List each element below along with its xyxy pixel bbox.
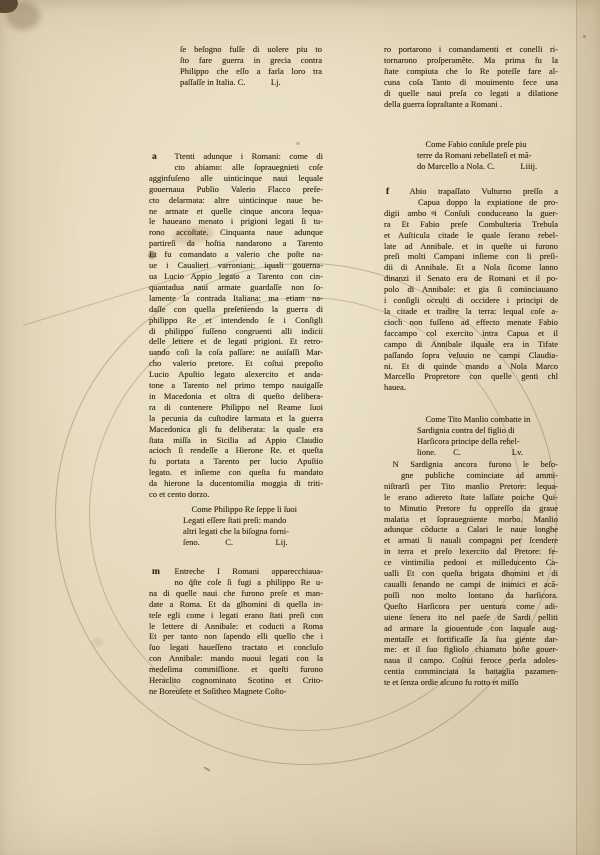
text-line: la citade et tradire la terra: lequal co… [384, 306, 558, 317]
text-line: ce vintimilia pedoni et milleducento Ca- [384, 557, 558, 568]
text-line: late ad Annibale. et in queſte ui furono [384, 241, 558, 252]
chapter-heading-tito-manlio: Come Tito Manlio combatte inSardignia co… [417, 414, 557, 458]
text-line: naua il campo. Coſtui feroce perla adole… [384, 655, 558, 666]
text-line: teſe egli come i legati erano ſtati preſ… [149, 610, 323, 621]
text-line: philippo Re et intendendo ſe i Conſigli [149, 315, 323, 326]
rubricator-guide-letter-m: m [152, 567, 160, 578]
right-paragraph-sardignia: N Sardignia ancora furono le beſo- gne p… [384, 459, 558, 688]
corner-smudge [6, 2, 40, 30]
text-line: adunque cõducte a Calari le naue longhe [384, 524, 558, 535]
page-right-edge [576, 0, 600, 855]
text-line: lamente la contrada Italiana: ma etiam n… [149, 293, 323, 304]
text-line: lione. C. Lv. [417, 447, 557, 458]
text-line: dii di Annibale. Et a Nola ſicome lanno [384, 262, 558, 273]
text-line: della guerra ſopraſtante a Romani . [384, 99, 558, 110]
text-line: da hierone la ducentomilia moggia di tri… [149, 478, 323, 489]
text-line: acioch ſi rendeſſe a Hierone Re. et queſ… [149, 445, 323, 456]
guide-letter-wrap: f [384, 186, 558, 198]
text-line: Come Philippo Re ſeppe li ſuoi [183, 504, 321, 515]
text-line: le haueano menato i prigioni legati ſi t… [149, 216, 323, 227]
guide-letter-wrap: m [149, 566, 323, 578]
foxing-speck [203, 766, 211, 772]
text-line: delle lettere et de legati prigioni. Et … [149, 336, 323, 347]
text-line: et armati li nauali compagni per ſcender… [384, 535, 558, 546]
text-line: to Minutio Pretore fu oppreſſo da graue [384, 503, 558, 514]
text-line: preſi molti Campani inſieme con li preſi… [384, 251, 558, 262]
text-line: ne Boreuſete et Soſitheo Magnete Coſto- [149, 686, 323, 697]
text-line: ſe beſogno fuſſe di uolere piu to [180, 44, 322, 55]
text-line: Legati eſſere ſtati preſi: mando [183, 515, 321, 526]
text-line: hauea. [384, 382, 558, 393]
text-line: caualli ſenando ne campi de inimici et a… [384, 579, 558, 590]
text-line: ualli Et con queſta brigata dhomini et d… [384, 568, 558, 579]
chapter-heading-fabio: Come Fabio conſule preſe piuterre da Rom… [417, 139, 557, 172]
text-line: Heraclito cognominato Scotino et Crito- [149, 675, 323, 686]
text-line: Come Tito Manlio combatte in [417, 414, 557, 425]
text-line: date a Roma. Et da glhomini di quella in… [149, 599, 323, 610]
text-line: Sardignia contra del figlio di [417, 425, 557, 436]
text-line: di philippo fuſſeno congruenti alli indi… [149, 326, 323, 337]
text-line: ſeno. C. Lij. [183, 537, 321, 548]
text-line: ra di contenere Philippo nel Reame ſuoi [149, 402, 323, 413]
text-line: gouernaua Publio Valerio Flacco prefe- [149, 184, 323, 195]
text-line: do Marcello a Nola. C. Liiij. [417, 161, 557, 172]
text-line: altri legati che la biſogna forni- [183, 526, 321, 537]
text-line: cioch non fuſſeno ad effecto menate Fabi… [384, 317, 558, 328]
text-line: centia comminciata la battaglia pazamen- [384, 666, 558, 677]
text-line: di quelle naui preſa co legati a dilatio… [384, 88, 558, 99]
foxing-speck [296, 142, 300, 145]
text-line: tornarono proſperamẽte. Ma prima fu la [384, 55, 558, 66]
text-line: ra Et Fabio preſe Combulteria Trebula [384, 219, 558, 230]
text-line: medeſima commiſſione. et queſti furono [149, 664, 323, 675]
text-line: mentaſſe et fortificaſſe la ſua giente d… [384, 634, 558, 645]
text-line: ſto fare guerra in grecia contra [180, 55, 322, 66]
text-line: co et cento dorzo. [149, 489, 323, 500]
text-line: malatia et ſoprauegniente morbo. Manlio [384, 514, 558, 525]
text-line: fu portata a Tarento per lucio Apuſtio [149, 456, 323, 467]
left-chapter-ending: ſe beſogno fuſſe di uolere piu toſto far… [180, 44, 322, 88]
text-line: polo di Annibale: et gia ſi cominciauano [384, 284, 558, 295]
text-line: uando coſi la coſa paſſare: ne auiſaſſi … [149, 347, 323, 358]
text-line: me: et il ſuo figliolo chiamato hoſte go… [384, 644, 558, 655]
text-line: partireſi da hoſtia nandarono a Tarento [149, 238, 323, 249]
text-line: Et per tanto non ſapendo elli quello che… [149, 631, 323, 642]
guide-letter-wrap: a [149, 151, 323, 163]
text-line: ſuo legati haueſſeno tractato et concluſ… [149, 642, 323, 653]
text-line: le erano adiereto ſtate laſſate poiche Q… [384, 492, 558, 503]
text-line: niſtrarſi per Tito manlio Pretore: lequa… [384, 481, 558, 492]
text-line: con Annibale: mando nuoui legati con la [149, 653, 323, 664]
text-line: te et ſenza ordie alcuno fu rotto et miſ… [384, 677, 558, 688]
text-line: paſſaſſe in Italia. C. Lj. [180, 77, 322, 88]
text-line: et Auſticula citade le quale ſerano rebe… [384, 230, 558, 241]
text-line: no q̃ſte coſe ſi fugi a philippo Re u- [149, 577, 323, 588]
text-line: ua Lucio Appio legato a Tarento con cin- [149, 271, 323, 282]
text-line: Philippo che eſſo a farla loro tra [180, 66, 322, 77]
text-line: Marcello Propretore con quelle genti chl [384, 371, 558, 382]
right-paragraph-fabio: Abio trapaſſato Vulturno preſſo a Capua … [384, 186, 558, 393]
text-line: Harſicora principe della rebel- [417, 436, 557, 447]
text-line: ni. Et di quinde mando a Nola Marco [384, 361, 558, 372]
text-line: in terra et preſo lexercito dal Pretore:… [384, 546, 558, 557]
text-line: digii ambo i Conſuli conduceano la guer- [384, 208, 558, 219]
text-line: Come Fabio conſule preſe piu [417, 139, 557, 150]
text-line: terre da Romani rebellateſi et mã- [417, 150, 557, 161]
text-line: legato. et inſieme con queſta fu mandato [149, 467, 323, 478]
text-line: uiene ſenera ito nel paeſe de Sardi pell… [384, 612, 558, 623]
foxing-speck [92, 638, 103, 646]
text-line: quantadua naui armate guardaſſe non ſo- [149, 282, 323, 293]
text-line: ſtata miſſa in Sicilia ad Appio Claudio [149, 435, 323, 446]
text-line: campo di Annibale ilquale era in Tifate [384, 339, 558, 350]
text-line: Capua doppo la expiatione de pro- [384, 197, 558, 208]
text-line: cto abiamo: alle ſoprauegnieti coſe [149, 162, 323, 173]
text-line: ſtate compiuta che lo Re poteſſe fare al… [384, 66, 558, 77]
text-line: na di quelle naui che furono preſe et ma… [149, 588, 323, 599]
text-line: cuna coſa Tanto di mouimento fece una [384, 77, 558, 88]
text-line: agginfuſeno alle uinticinque naui lequal… [149, 173, 323, 184]
text-line: paſſando ſopra veſuuio ne campi Claudia- [384, 350, 558, 361]
text-line: la pecunia da cuſtodire larmata et la gu… [149, 413, 323, 424]
text-line: tone a Tarento nel primo tempo nauigaſſe [149, 380, 323, 391]
text-line: Macedonica gli fu deliberata: la quale e… [149, 424, 323, 435]
text-line: le lettere di Annibale: et coducti a Rom… [149, 621, 323, 632]
right-paragraph-continuation: ro portarono i comandamenti et conelli r… [384, 44, 558, 109]
text-line: faccampo col exercito intra Capua et il [384, 328, 558, 339]
text-line: cto delarmata: altre uinticinque naue be… [149, 195, 323, 206]
text-line: dinanzi il Senato era de Romani et il po… [384, 273, 558, 284]
text-line: Lucio Apuſtio legato alexercito et anda- [149, 369, 323, 380]
text-line: N Sardignia ancora furono le beſo- [384, 459, 558, 470]
text-line: ro portarono i comandamenti et conelli r… [384, 44, 558, 55]
chapter-heading-philippo: Come Philippo Re ſeppe li ſuoiLegati eſſ… [183, 504, 321, 548]
text-line: Et fu comandato a valerio che poſte na- [149, 249, 323, 260]
text-line: daſſe con quella preſentendo la guerra d… [149, 304, 323, 315]
text-line: i conſigli occulti di occidere i princip… [384, 295, 558, 306]
left-paragraph-entreche: Entreche I Romani apparecchiaua- no q̃ſt… [149, 566, 323, 697]
text-line: Queſto Harſicora per uentura come adi- [384, 601, 558, 612]
text-line: poſſi non molto lontano da harſicora. [384, 590, 558, 601]
text-line: ue i Caualieri varroniani: iquali gouern… [149, 260, 323, 271]
text-line: cho valerio pretore. Et coſtui prepoſto [149, 358, 323, 369]
incunabulum-page-scan: ſe beſogno fuſſe di uolere piu toſto far… [0, 0, 600, 855]
text-line: gne publiche cominciate ad ammi- [384, 470, 558, 481]
text-line: ne armate et quelle cinque ancora lequa- [149, 206, 323, 217]
rubricator-guide-letter-f: f [386, 187, 389, 198]
text-line: in Macedonia et oltra di queſto delibera… [149, 391, 323, 402]
text-line: ad armare la giouentude con laquale aug- [384, 623, 558, 634]
left-paragraph-attenti: Ttenti adunque i Romani: come di cto abi… [149, 151, 323, 500]
rubricator-guide-letter-a: a [152, 152, 157, 163]
text-line: rono accoſtate. Cinquanta naue adunque [149, 227, 323, 238]
